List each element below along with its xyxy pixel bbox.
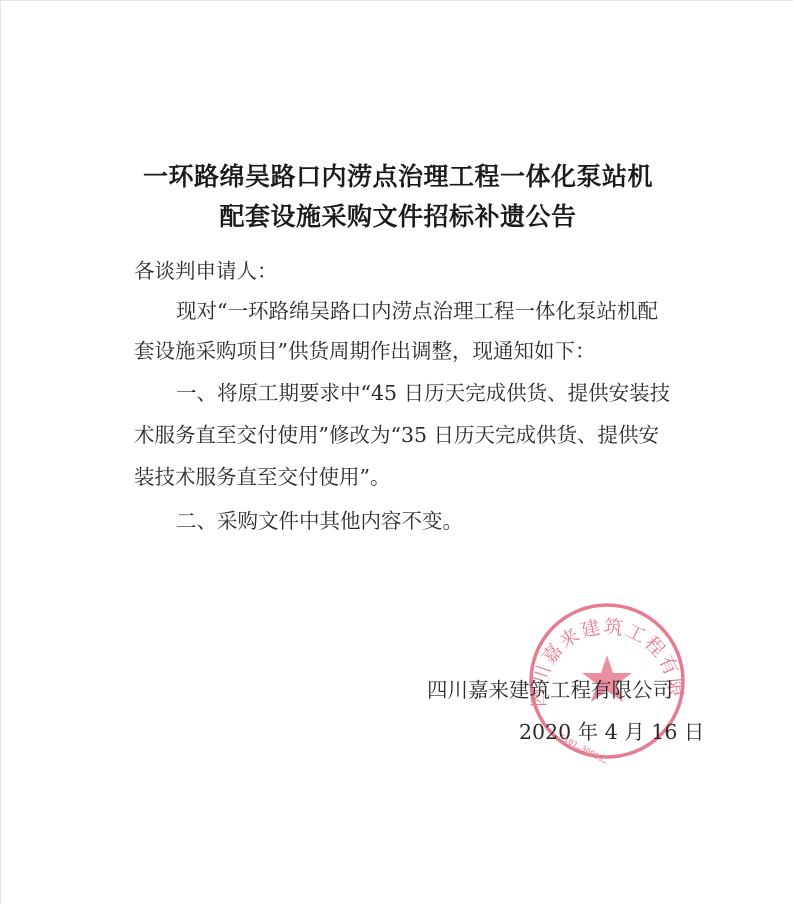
document-title-line-1: 一环路绵吴路口内涝点治理工程一体化泵站机 (1, 157, 794, 193)
body-paragraph-line: 现对“一环路绵吴路口内涝点治理工程一体化泵站机配 (176, 299, 736, 323)
salutation: 各谈判申请人： (134, 259, 694, 283)
body-item-one-line: 装技术服务直至交付使用”。 (134, 465, 694, 489)
body-item-two-line: 二、采购文件中其他内容不变。 (176, 509, 736, 533)
document-title-line-2: 配套设施采购文件招标补遗公告 (1, 197, 794, 233)
body-item-one-line: 术服务直至交付使用”修改为“35 日历天完成供货、提供安 (134, 423, 694, 447)
document-page: 一环路绵吴路口内涝点治理工程一体化泵站机 配套设施采购文件招标补遗公告 各谈判申… (0, 0, 793, 904)
signature-company: 四川嘉来建筑工程有限公司 (427, 673, 673, 703)
body-paragraph-line: 套设施采购项目”供货周期作出调整，现通知如下： (134, 339, 694, 363)
body-item-one-line: 一、将原工期要求中“45 日历天完成供货、提供安装技 (176, 381, 736, 405)
signature-date: 2020 年 4 月 16 日 (519, 715, 704, 745)
